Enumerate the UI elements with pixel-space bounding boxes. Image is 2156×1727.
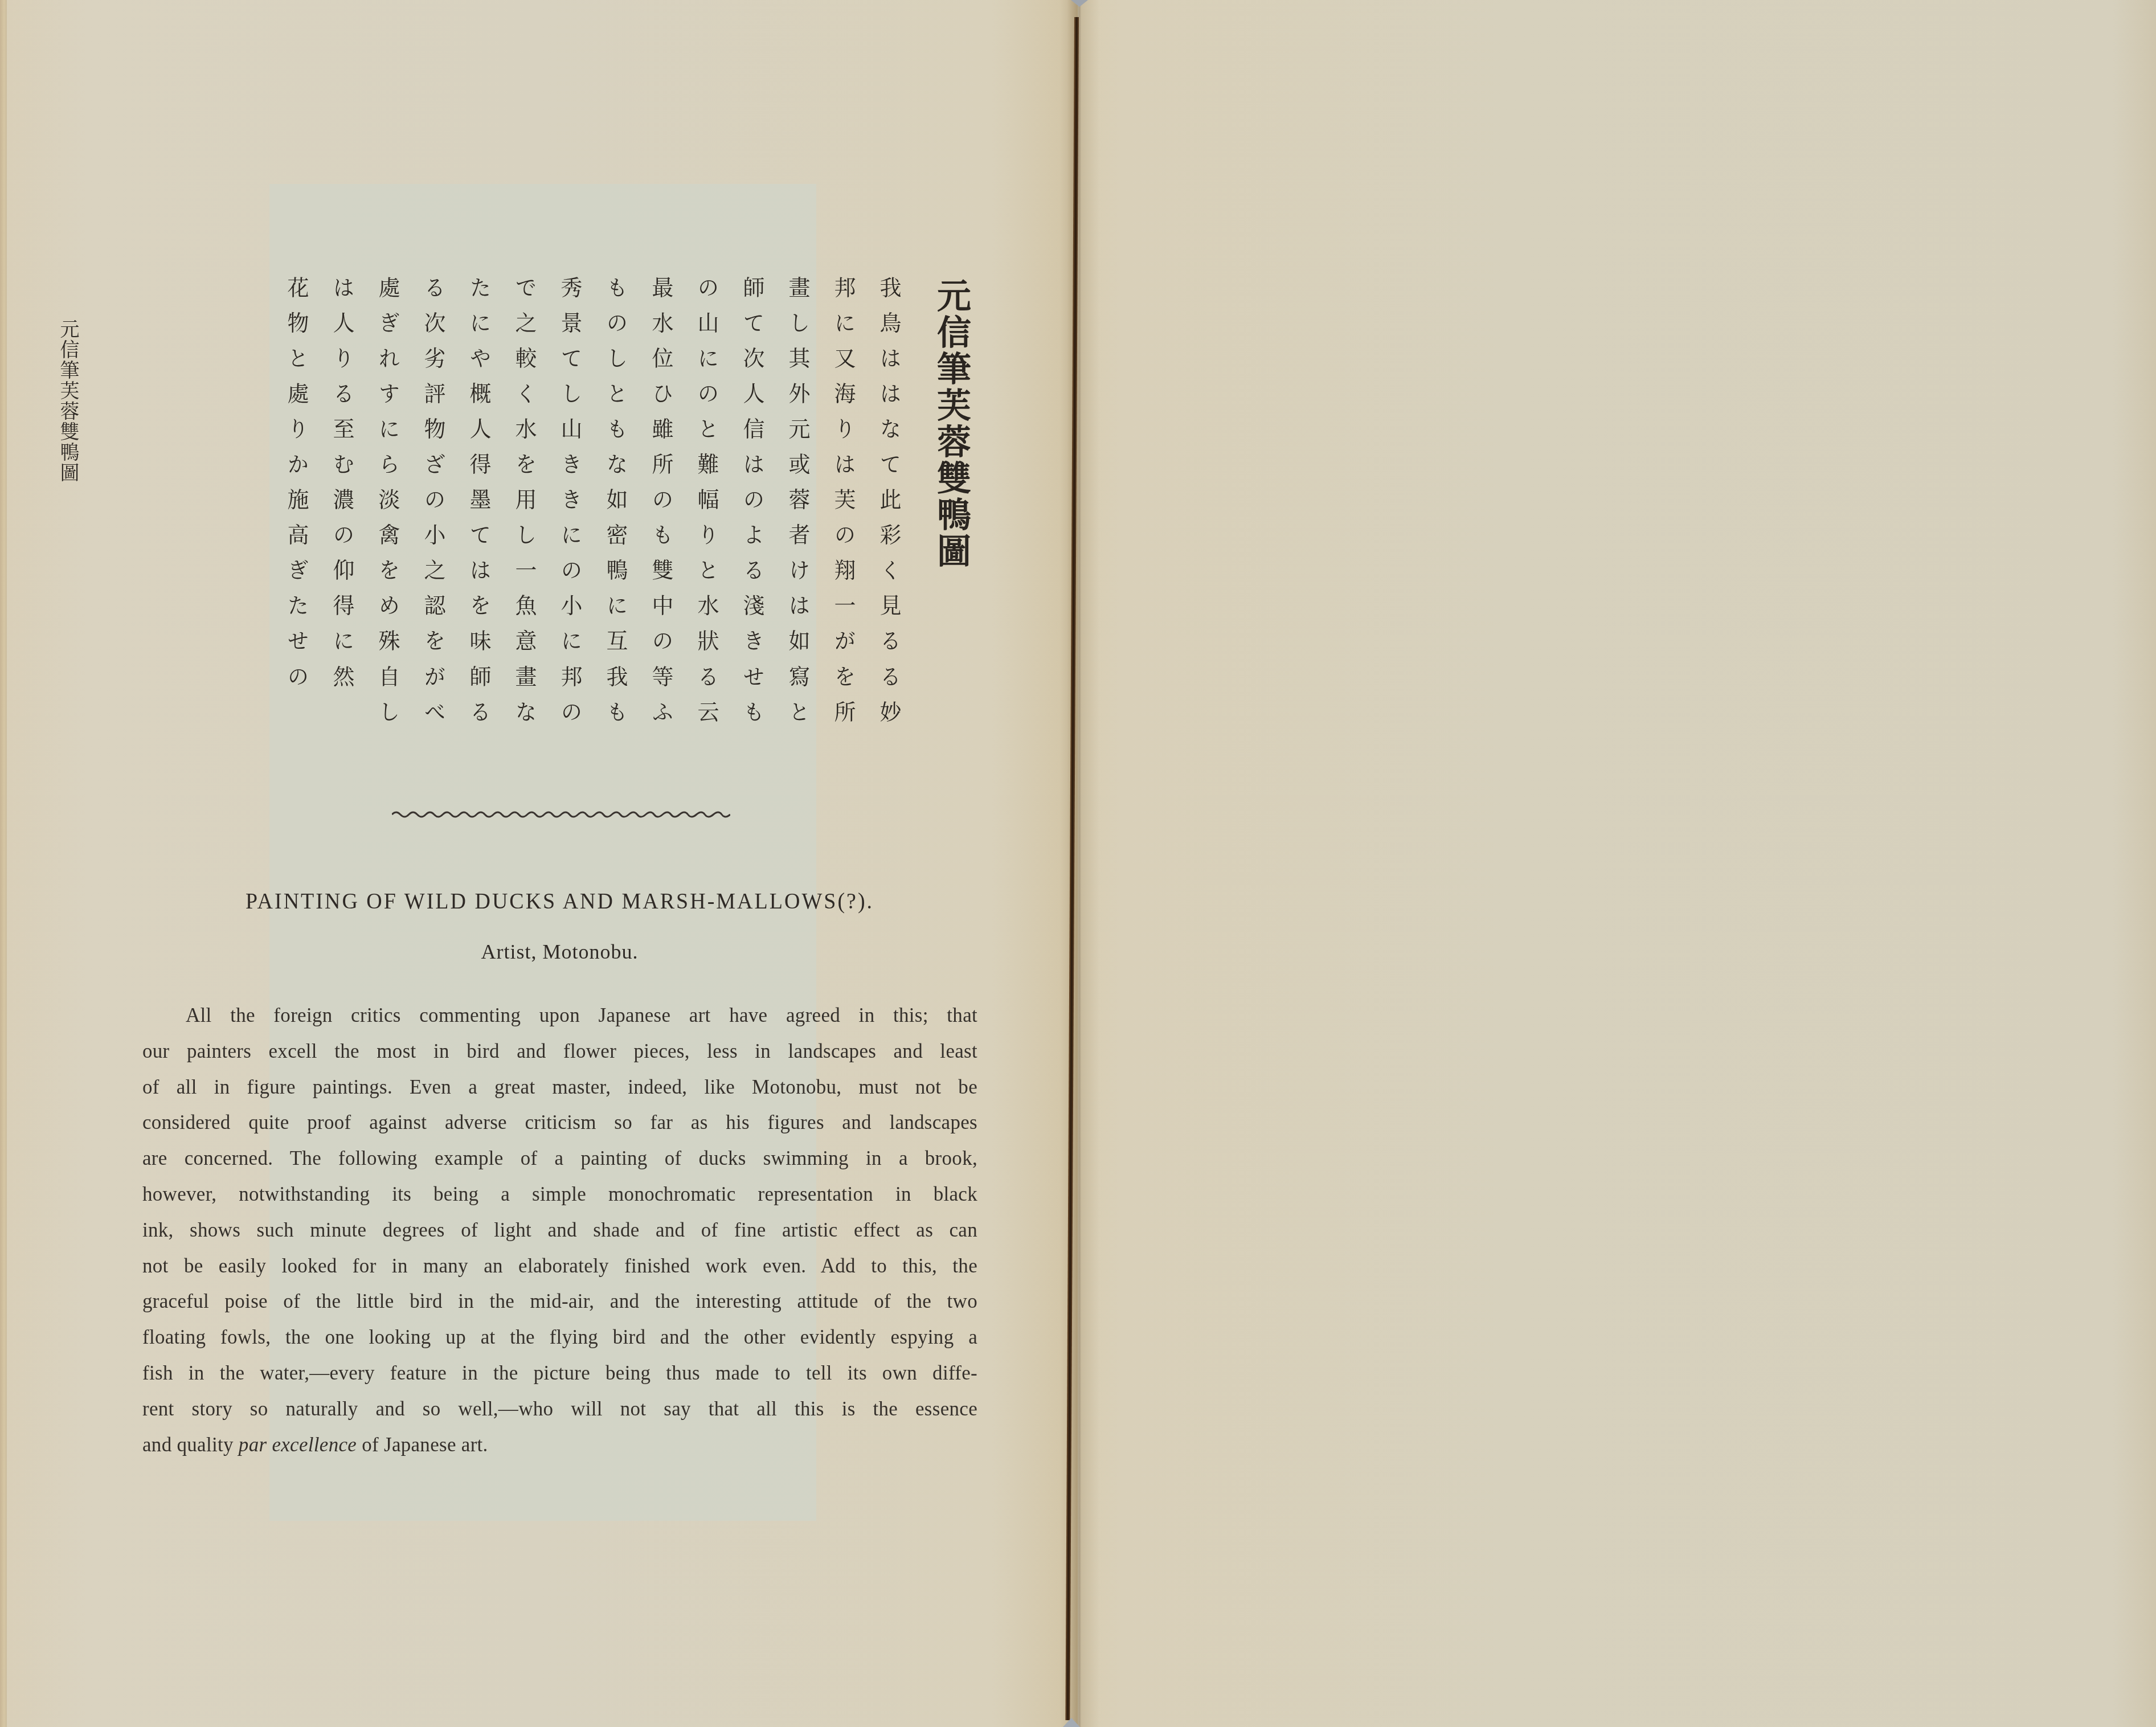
japanese-column: 妙所とも云ふものなるべし <box>866 701 911 732</box>
body-line: fish in the water,—every feature in the … <box>142 1356 977 1392</box>
japanese-column: は海外人のひとしく概評する處 <box>866 382 911 418</box>
artist-credit: Artist, Motonobu. <box>142 940 977 964</box>
page-edge <box>0 0 7 1727</box>
right-page-blank <box>1079 0 2156 1727</box>
japanese-column: るが如き狀の互に意味を殊にせ <box>866 629 911 665</box>
body-line: floating fowls, the one looking up at th… <box>142 1320 977 1356</box>
japanese-column: く翔けると雙鴨の一は之を仰ぎ <box>866 559 911 594</box>
body-line: All the foreign critics commenting upon … <box>142 998 977 1034</box>
body-line: considered quite proof against adverse c… <box>142 1105 977 1141</box>
japanese-column: は又其次に位して較や劣れりと <box>866 347 911 382</box>
body-line: graceful poise of the little bird in the… <box>142 1284 977 1320</box>
body-line: rent story so naturally and so well,—who… <box>142 1392 977 1427</box>
body-line: our painters excell the most in bird and… <box>142 1034 977 1070</box>
body-line: ink, shows such minute degrees of light … <box>142 1213 977 1249</box>
japanese-column: 見一は淺水中に小魚を認め得た <box>866 594 911 629</box>
body-line: however, notwithstanding its being a sim… <box>142 1177 977 1213</box>
body-text: and quality <box>142 1434 239 1456</box>
japanese-body: 我邦畫師の最も秀でたる處は花 鳥にして山水の景之に次ぎ人物 は又其次に位して較や… <box>866 276 911 732</box>
book-spread: 元信筆芙蓉雙鴨圖 元信筆芙蓉雙鴨圖 我邦畫師の最も秀でたる處は花 鳥にして山水の… <box>0 0 2156 1727</box>
body-line: are concerned. The following example of … <box>142 1141 977 1177</box>
wavy-divider <box>392 808 730 821</box>
japanese-column: るを寫せる等我邦畫師が自然の <box>866 665 911 701</box>
japanese-column: 我邦畫師の最も秀でたる處は花 <box>866 276 911 312</box>
running-head: 元信筆芙蓉雙鴨圖 <box>58 319 77 483</box>
body-line: of all in figure paintings. Even a great… <box>142 1070 977 1106</box>
body-text: of Japanese art. <box>357 1434 488 1456</box>
japanese-title: 元信筆芙蓉雙鴨圖 <box>934 278 968 570</box>
japanese-column: なり元信と雖も山水人物に至り <box>866 418 911 453</box>
body-line: not be easily looked for in many an elab… <box>142 1249 977 1284</box>
gutter-shadow <box>1059 0 1099 1727</box>
japanese-column: 此芙蓉の幅の如き用墨の淡濃施 <box>866 488 911 523</box>
italic-phrase: par excellence <box>239 1434 357 1456</box>
japanese-column: 彩の者よりも密にして小禽の高 <box>866 523 911 559</box>
english-body: All the foreign critics commenting upon … <box>142 998 977 1463</box>
left-page: 元信筆芙蓉雙鴨圖 元信筆芙蓉雙鴨圖 我邦畫師の最も秀でたる處は花 鳥にして山水の… <box>0 0 1078 1727</box>
japanese-column: ては或は難所なきを得ざらむか <box>866 453 911 488</box>
japanese-column: 鳥にして山水の景之に次ぎ人物 <box>866 312 911 347</box>
english-title: PAINTING OF WILD DUCKS AND MARSH-MALLOWS… <box>142 887 977 915</box>
body-line-last: and quality par excellence of Japanese a… <box>142 1427 977 1463</box>
